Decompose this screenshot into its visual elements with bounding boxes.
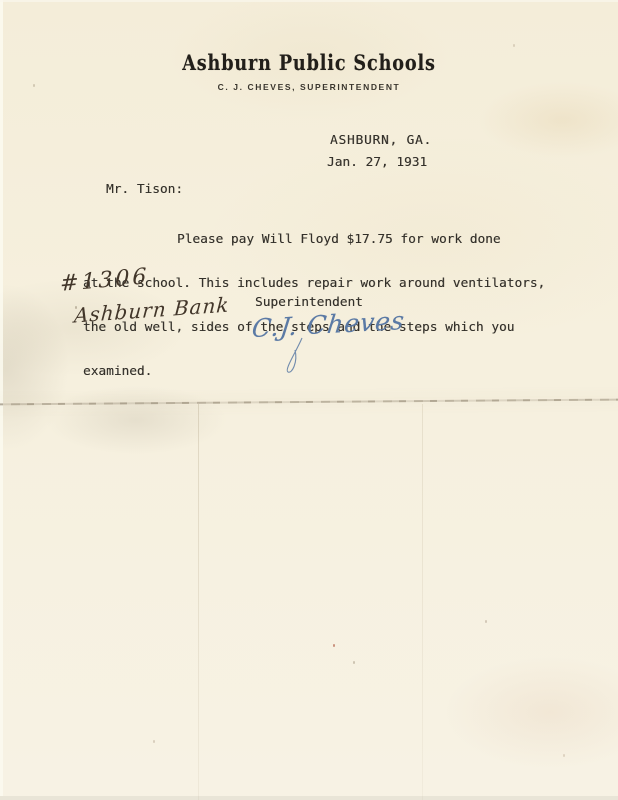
typed-title-superintendent: Superintendent: [255, 295, 363, 310]
age-specks: [333, 644, 335, 647]
signature-descender-flourish: [280, 336, 314, 376]
left-scan-edge: [0, 0, 3, 800]
body-line: at the school. This includes repair work…: [83, 277, 545, 292]
bottom-scan-edge: [0, 796, 618, 800]
scanned-letter-page: Ashburn Public Schools C. J. CHEVES, SUP…: [0, 0, 618, 800]
top-scan-edge: [0, 0, 618, 2]
letterhead: Ashburn Public Schools C. J. CHEVES, SUP…: [0, 50, 618, 92]
vertical-fold-crease-left: [198, 404, 199, 800]
school-name: Ashburn Public Schools: [49, 50, 568, 75]
body-line: examined.: [83, 365, 545, 380]
place-line: ASHBURN, GA.: [330, 133, 432, 148]
body-line: Please pay Will Floyd $17.75 for work do…: [83, 233, 545, 248]
date-line: Jan. 27, 1931: [327, 155, 427, 170]
salutation: Mr. Tison:: [106, 182, 183, 197]
superintendent-line: C. J. CHEVES, SUPERINTENDENT: [0, 82, 618, 92]
vertical-fold-crease-right: [422, 404, 423, 800]
